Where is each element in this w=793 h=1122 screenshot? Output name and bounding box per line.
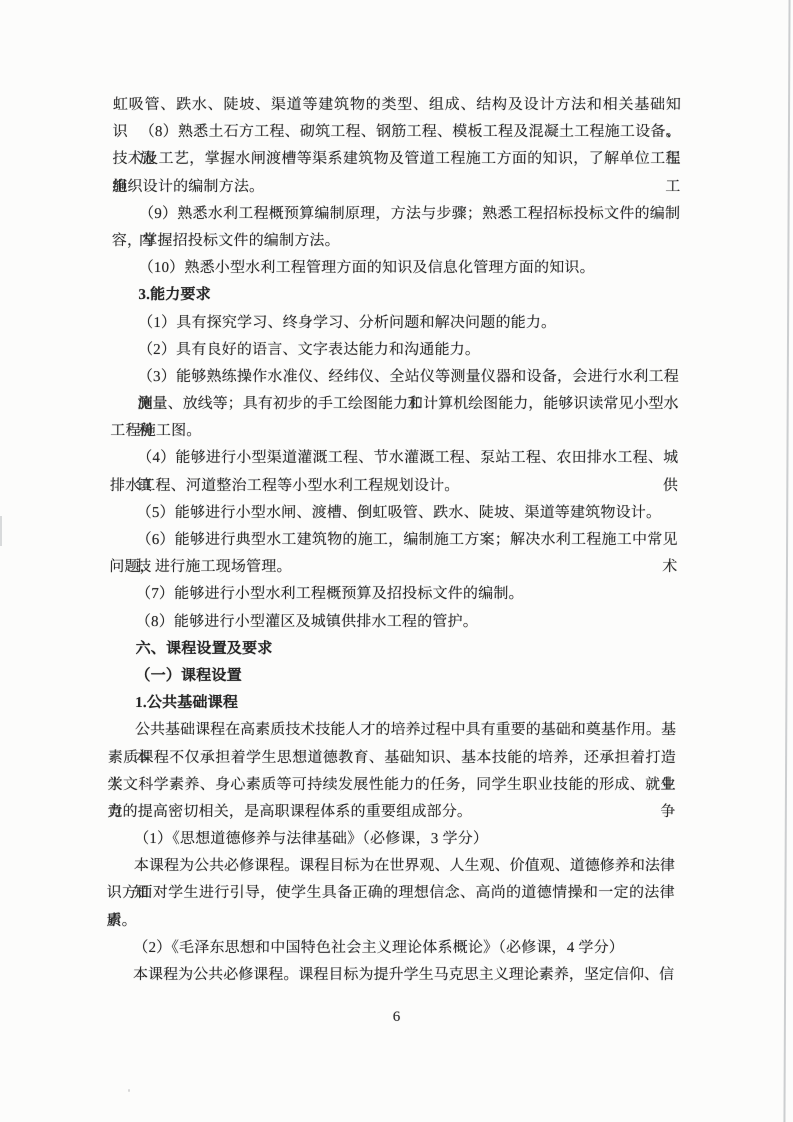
text-line: 工程施工图。 (110, 418, 678, 445)
text-line: 人文科学素养、身心素质等可持续发展性能力的任务，同学生职业技能的形成、就业竞争 (107, 772, 675, 799)
text-line: 六、课程设置及要求 (109, 636, 677, 663)
text-line: 1.公共基础课程 (108, 690, 676, 717)
text-line: 公共基础课程在高素质技术技能人才的培养过程中具有重要的基础和奠基作用。基本 (108, 717, 676, 744)
text-line: （9）熟悉水利工程概预算编制原理，方法与步骤；熟悉工程招标投标文件的编制内 (112, 201, 680, 228)
text-line: 虹吸管、跌水、陡坡、渠道等建筑物的类型、组成、结构及设计方法和相关基础知识。 (113, 92, 681, 119)
text-line: 技术及工艺，掌握水闸渡槽等渠系建筑物及管道工程施工方面的知识，了解单位工程施工 (112, 146, 680, 173)
text-line: （10）熟悉小型水利工程管理方面的知识及信息化管理方面的知识。 (112, 255, 680, 282)
text-line: 本课程为公共必修课程。课程目标为提升学生马克思主义理论素养，坚定信仰、信 (106, 962, 674, 989)
text-line: （1）《思想道德修养与法律基础》（必修课，3 学分） (107, 826, 675, 853)
text-line: 测量、放线等；具有初步的手工绘图能力和计算机绘图能力，能够识读常见小型水利 (110, 391, 678, 418)
text-line: 识方面对学生进行引导，使学生具备正确的理想信念、高尚的道德情操和一定的法律素 (107, 880, 675, 907)
scanned-document-page: 虹吸管、跌水、陡坡、渠道等建筑物的类型、组成、结构及设计方法和相关基础知识。（8… (0, 0, 793, 1122)
text-line: （2）具有良好的语言、文字表达能力和沟通能力。 (111, 337, 679, 364)
scan-artifact-right-edge-line (783, 0, 790, 1122)
scan-artifact-speck (128, 1089, 130, 1092)
text-line: 本课程为公共必修课程。课程目标为在世界观、人生观、价值观、道德修养和法律知 (107, 853, 675, 880)
text-line: 3.能力要求 (111, 282, 679, 309)
text-line: 容，掌握招投标文件的编制方法。 (112, 228, 680, 255)
text-line: （4）能够进行小型渠道灌溉工程、节水灌溉工程、泵站工程、农田排水工程、城镇供 (110, 445, 678, 472)
text-line: （8）能够进行小型灌区及城镇供排水工程的管护。 (109, 609, 677, 636)
text-line: （1）具有探究学习、终身学习、分析问题和解决问题的能力。 (111, 310, 679, 337)
text-line: （3）能够熟练操作水准仪、经纬仪、全站仪等测量仪器和设备，会进行水利工程施工. (111, 364, 679, 391)
text-line: （5）能够进行小型水闸、渡槽、倒虹吸管、跌水、陡坡、渠道等建筑物设计。 (110, 500, 678, 527)
text-line: 质。 (106, 908, 674, 935)
text-line: （6）能够进行典型水工建筑物的施工，编制施工方案；解决水利工程施工中常见技术 (109, 527, 677, 554)
text-line: 素质课程不仅承担着学生思想道德教育、基础知识、基本技能的培养，还承担着打造学生 (108, 745, 676, 772)
text-line: （7）能够进行小型水利工程概预算及招投标文件的编制。 (109, 581, 677, 608)
document-text-block: 虹吸管、跌水、陡坡、渠道等建筑物的类型、组成、结构及设计方法和相关基础知识。（8… (106, 92, 681, 989)
text-line: （8）熟悉土石方工程、砌筑工程、钢筋工程、模板工程及混凝土工程施工设备、施工 (113, 119, 681, 146)
text-line: （2）《毛泽东思想和中国特色社会主义理论体系概论》（必修课，4 学分） (106, 935, 674, 962)
page-number: 6 (0, 1006, 793, 1028)
text-line: （一）课程设置 (108, 663, 676, 690)
scan-artifact-left-edge-mark (0, 516, 2, 546)
